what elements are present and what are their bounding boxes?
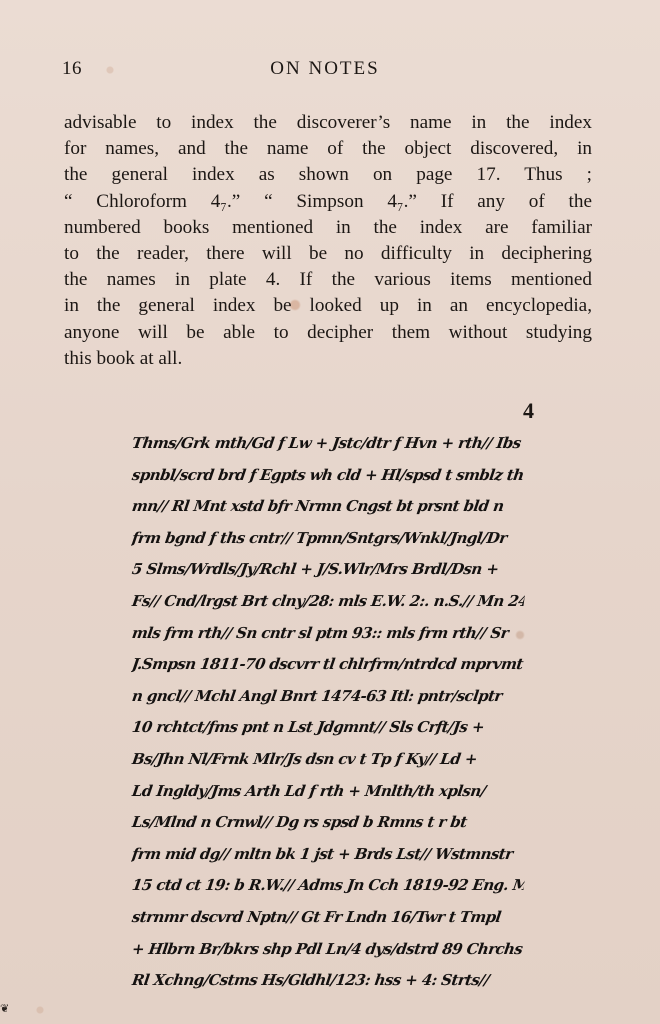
plate-line: mls frm rth// Sn cntr sl ptm 93:: mls fr… [130,618,526,650]
plate-line: J.Smpsn 1811-70 dscvrr tl chlrfrm/ntrdcd… [130,649,526,681]
plate-shorthand-text: Thms/Grk mth/Gd f Lw + Jstc/dtr f Hvn + … [132,428,524,997]
body-line: anyone will be able to decipher them wit… [64,320,592,346]
plate-line: 5 Slms/Wrdls/Jy/Rchl + J/S.Wlr/Mrs Brdl/… [130,554,526,586]
plate-number: 4 [523,398,534,424]
body-line: “ Chloroform 4₇.” “ Simpson 4₇.” If any … [64,189,592,215]
plate-line: spnbl/scrd brd f Egpts wh cld + Hl/spsd … [130,460,526,492]
running-title: ON NOTES [62,58,596,80]
body-paragraph: advisable to index the discoverer’s name… [64,110,592,372]
body-line: for names, and the name of the object di… [64,136,592,162]
plate-line: frm bgnd f ths cntr// Tpmn/Sntgrs/Wnkl/J… [130,523,526,555]
plate-line: Thms/Grk mth/Gd f Lw + Jstc/dtr f Hvn + … [130,428,526,460]
handwritten-plate: 4 Thms/Grk mth/Gd f Lw + Jstc/dtr f Hvn … [132,398,532,998]
body-line: this book at all. [64,346,592,372]
plate-line: n gncl// Mchl Angl Bnrt 1474-63 Itl: pnt… [130,681,526,713]
plate-line: Fs// Cnd/lrgst Brt clny/28: mls E.W. 2:.… [130,586,526,618]
body-line: the general index as shown on page 17. T… [64,162,592,188]
plate-line: 15 ctd ct 19: b R.W.// Adms Jn Cch 1819-… [130,870,526,902]
body-line: in the general index be looked up in an … [64,293,592,319]
plate-line: mn// Rl Mnt xstd bfr Nrmn Cngst bt prsnt… [130,491,526,523]
plate-line: Ls/Mlnd n Crnwl// Dg rs spsd b Rmns t r … [130,807,526,839]
margin-mark-icon: ❦ [0,1002,9,1015]
plate-line: Ld Ingldy/Jms Arth Ld f rth + Mnlth/th x… [130,776,526,808]
plate-line: frm mid dg// mltn bk 1 jst + Brds Lst// … [130,839,526,871]
plate-line: 10 rchtct/fms pnt n Lst Jdgmnt// Sls Crf… [130,712,526,744]
plate-line: Rl Xchng/Cstms Hs/Gldhl/123: hss + 4: St… [130,965,526,997]
body-line: the names in plate 4. If the various ite… [64,267,592,293]
plate-line: + Hlbrn Br/bkrs shp Pdl Ln/4 dys/dstrd 8… [130,934,526,966]
plate-line: strnmr dscvrd Nptn// Gt Fr Lndn 16/Twr t… [130,902,526,934]
book-page: 16 ON NOTES advisable to index the disco… [0,0,660,1024]
body-line: advisable to index the discoverer’s name… [64,110,592,136]
plate-line: Bs/Jhn Nl/Frnk Mlr/Js dsn cv t Tp f Ky//… [130,744,526,776]
body-line: to the reader, there will be no difficul… [64,241,592,267]
body-line: numbered books mentioned in the index ar… [64,215,592,241]
running-head: 16 ON NOTES [62,58,596,84]
